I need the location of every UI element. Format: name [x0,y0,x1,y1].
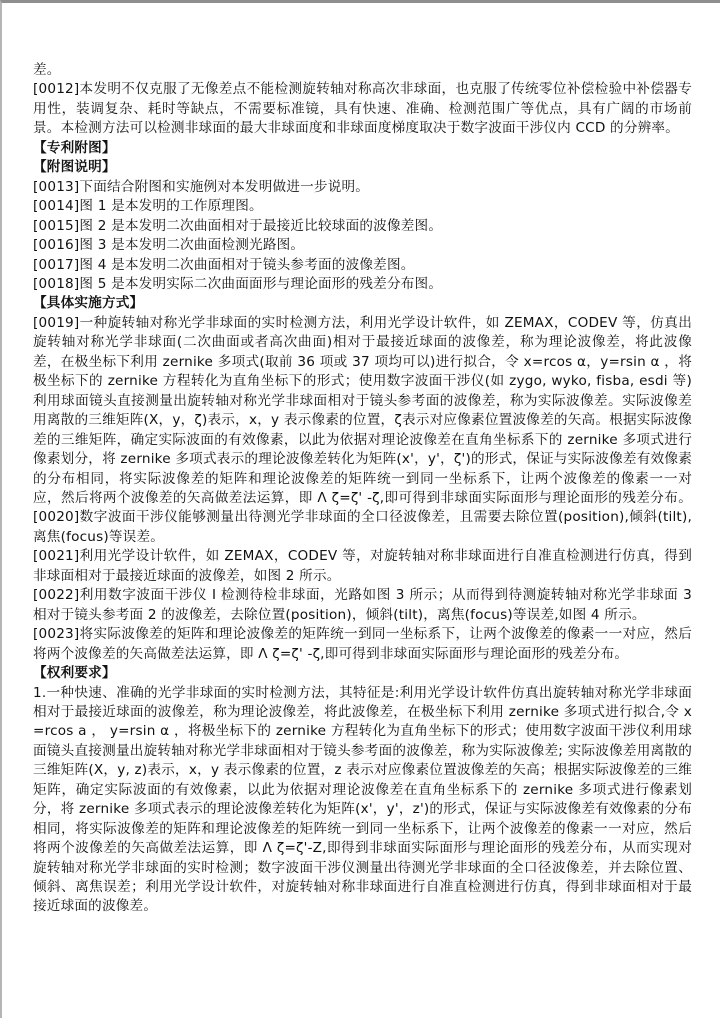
paragraph-0016: [0016]图 3 是本发明二次曲面检测光路图。 [33,236,692,255]
paragraph-continuation: 差。 [33,61,692,80]
paragraph-0022: [0022]利用数字波面干涉仪 I 检测待检非球面，光路如图 3 所示；从而得到… [33,586,692,625]
section-heading-figure-description: 【附图说明】 [33,158,692,177]
paragraph-0013: [0013]下面结合附图和实施例对本发明做进一步说明。 [33,178,692,197]
paragraph-0018: [0018]图 5 是本发明实际二次曲面面形与理论面形的残差分布图。 [33,275,692,294]
paragraph-0023: [0023]将实际波像差的矩阵和理论波像差的矩阵统一到同一坐标系下，让两个波像差… [33,625,692,664]
paragraph-0014: [0014]图 1 是本发明的工作原理图。 [33,197,692,216]
section-heading-embodiments: 【具体实施方式】 [33,294,692,313]
paragraph-claim-1: 1.一种快速、准确的光学非球面的实时检测方法，其特征是:利用光学设计软件仿真出旋… [33,684,692,917]
patent-text-body: 差。 [0012]本发明不仅克服了无像差点不能检测旋转轴对称高次非球面，也克服了… [33,61,692,917]
paragraph-0015: [0015]图 2 是本发明二次曲面相对于最接近比较球面的波像差图。 [33,217,692,236]
paragraph-0017: [0017]图 4 是本发明二次曲面相对于镜头参考面的波像差图。 [33,256,692,275]
paragraph-0019-0020: [0019]一种旋转轴对称光学非球面的实时检测方法，利用光学设计软件，如 ZEM… [33,314,692,547]
section-heading-claims: 【权利要求】 [33,664,692,683]
paragraph-0012: [0012]本发明不仅克服了无像差点不能检测旋转轴对称高次非球面，也克服了传统零… [33,80,692,138]
patent-document-page: 差。 [0012]本发明不仅克服了无像差点不能检测旋转轴对称高次非球面，也克服了… [0,0,720,1018]
paragraph-0021: [0021]利用光学设计软件，如 ZEMAX，CODEV 等，对旋转轴对称非球面… [33,547,692,586]
section-heading-patent-figures: 【专利附图】 [33,139,692,158]
